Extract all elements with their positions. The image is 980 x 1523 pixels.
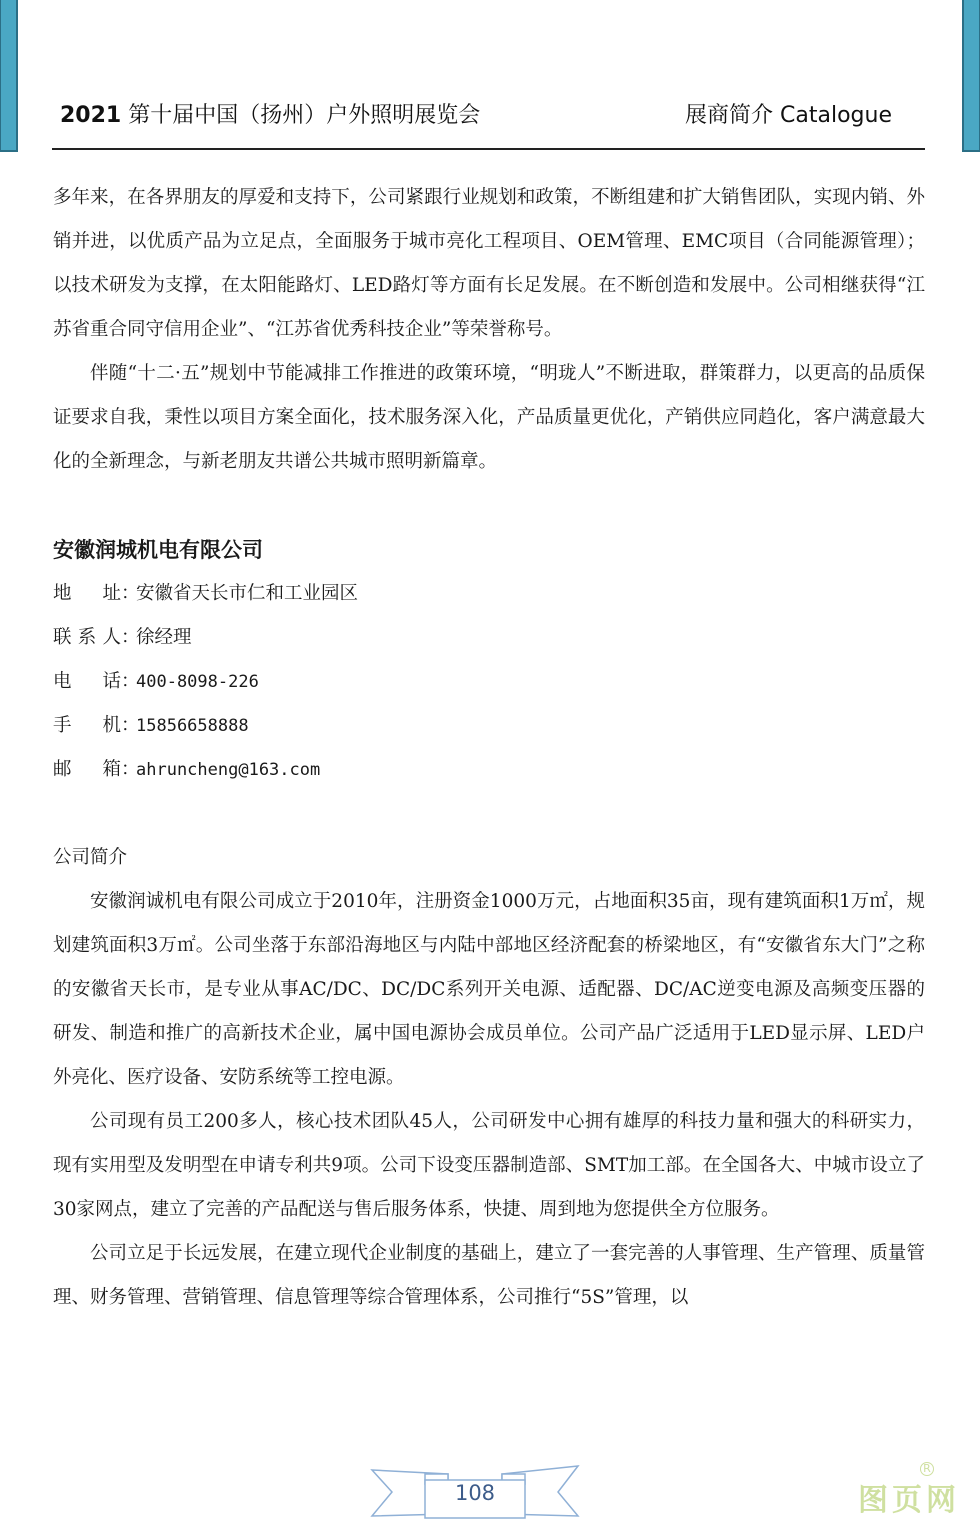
section-title: 展商简介 Catalogue bbox=[685, 98, 892, 129]
contact-value: ahruncheng@163.com bbox=[136, 748, 320, 792]
page-content: 多年来，在各界朋友的厚爱和支持下，公司紧跟行业规划和政策，不断组建和扩大销售团队… bbox=[53, 176, 925, 1320]
contact-email: 邮箱： ahruncheng@163.com bbox=[53, 748, 925, 792]
contact-address: 地址： 安徽省天长市仁和工业园区 bbox=[53, 572, 925, 616]
previous-company-paragraph: 多年来，在各界朋友的厚爱和支持下，公司紧跟行业规划和政策，不断组建和扩大销售团队… bbox=[53, 176, 925, 352]
contact-label: 邮箱： bbox=[53, 748, 136, 792]
exhibition-name: 第十届中国（扬州）户外照明展览会 bbox=[121, 103, 480, 128]
contact-label: 联系人： bbox=[53, 616, 136, 660]
contact-value: 徐经理 bbox=[136, 616, 192, 660]
previous-company-paragraph: 伴随“十二·五”规划中节能减排工作推进的政策环境，“明珑人”不断进取，群策群力，… bbox=[53, 352, 925, 484]
page-header: 2021 第十届中国（扬州）户外照明展览会 展商简介 Catalogue bbox=[52, 92, 925, 136]
contact-label: 地址： bbox=[53, 572, 136, 616]
page-number: 108 bbox=[370, 1481, 580, 1505]
intro-paragraph: 公司现有员工200多人，核心技术团队45人，公司研发中心拥有雄厚的科技力量和强大… bbox=[53, 1100, 925, 1232]
intro-paragraph: 安徽润诚机电有限公司成立于2010年，注册资金1000万元，占地面积35亩，现有… bbox=[53, 880, 925, 1100]
left-accent-bar bbox=[0, 0, 18, 152]
contact-mobile: 手机： 15856658888 bbox=[53, 704, 925, 748]
contact-label: 电话： bbox=[53, 660, 136, 704]
contact-value: 15856658888 bbox=[136, 704, 249, 748]
exhibition-title: 2021 第十届中国（扬州）户外照明展览会 bbox=[60, 98, 480, 129]
intro-paragraph: 公司立足于长远发展，在建立现代企业制度的基础上，建立了一套完善的人事管理、生产管… bbox=[53, 1232, 925, 1320]
contact-person: 联系人： 徐经理 bbox=[53, 616, 925, 660]
exhibition-year: 2021 bbox=[60, 103, 121, 128]
contact-label: 手机： bbox=[53, 704, 136, 748]
company-name: 安徽润城机电有限公司 bbox=[53, 528, 925, 572]
contact-value: 安徽省天长市仁和工业园区 bbox=[136, 572, 358, 616]
right-accent-bar bbox=[962, 0, 980, 152]
page-number-banner: 108 bbox=[370, 1462, 580, 1520]
registered-mark-icon: R bbox=[920, 1462, 934, 1476]
contact-phone: 电话： 400-8098-226 bbox=[53, 660, 925, 704]
intro-heading: 公司简介 bbox=[53, 836, 925, 880]
contact-value: 400-8098-226 bbox=[136, 660, 259, 704]
header-divider bbox=[52, 148, 925, 150]
watermark-logo: 图页网 bbox=[858, 1475, 960, 1519]
